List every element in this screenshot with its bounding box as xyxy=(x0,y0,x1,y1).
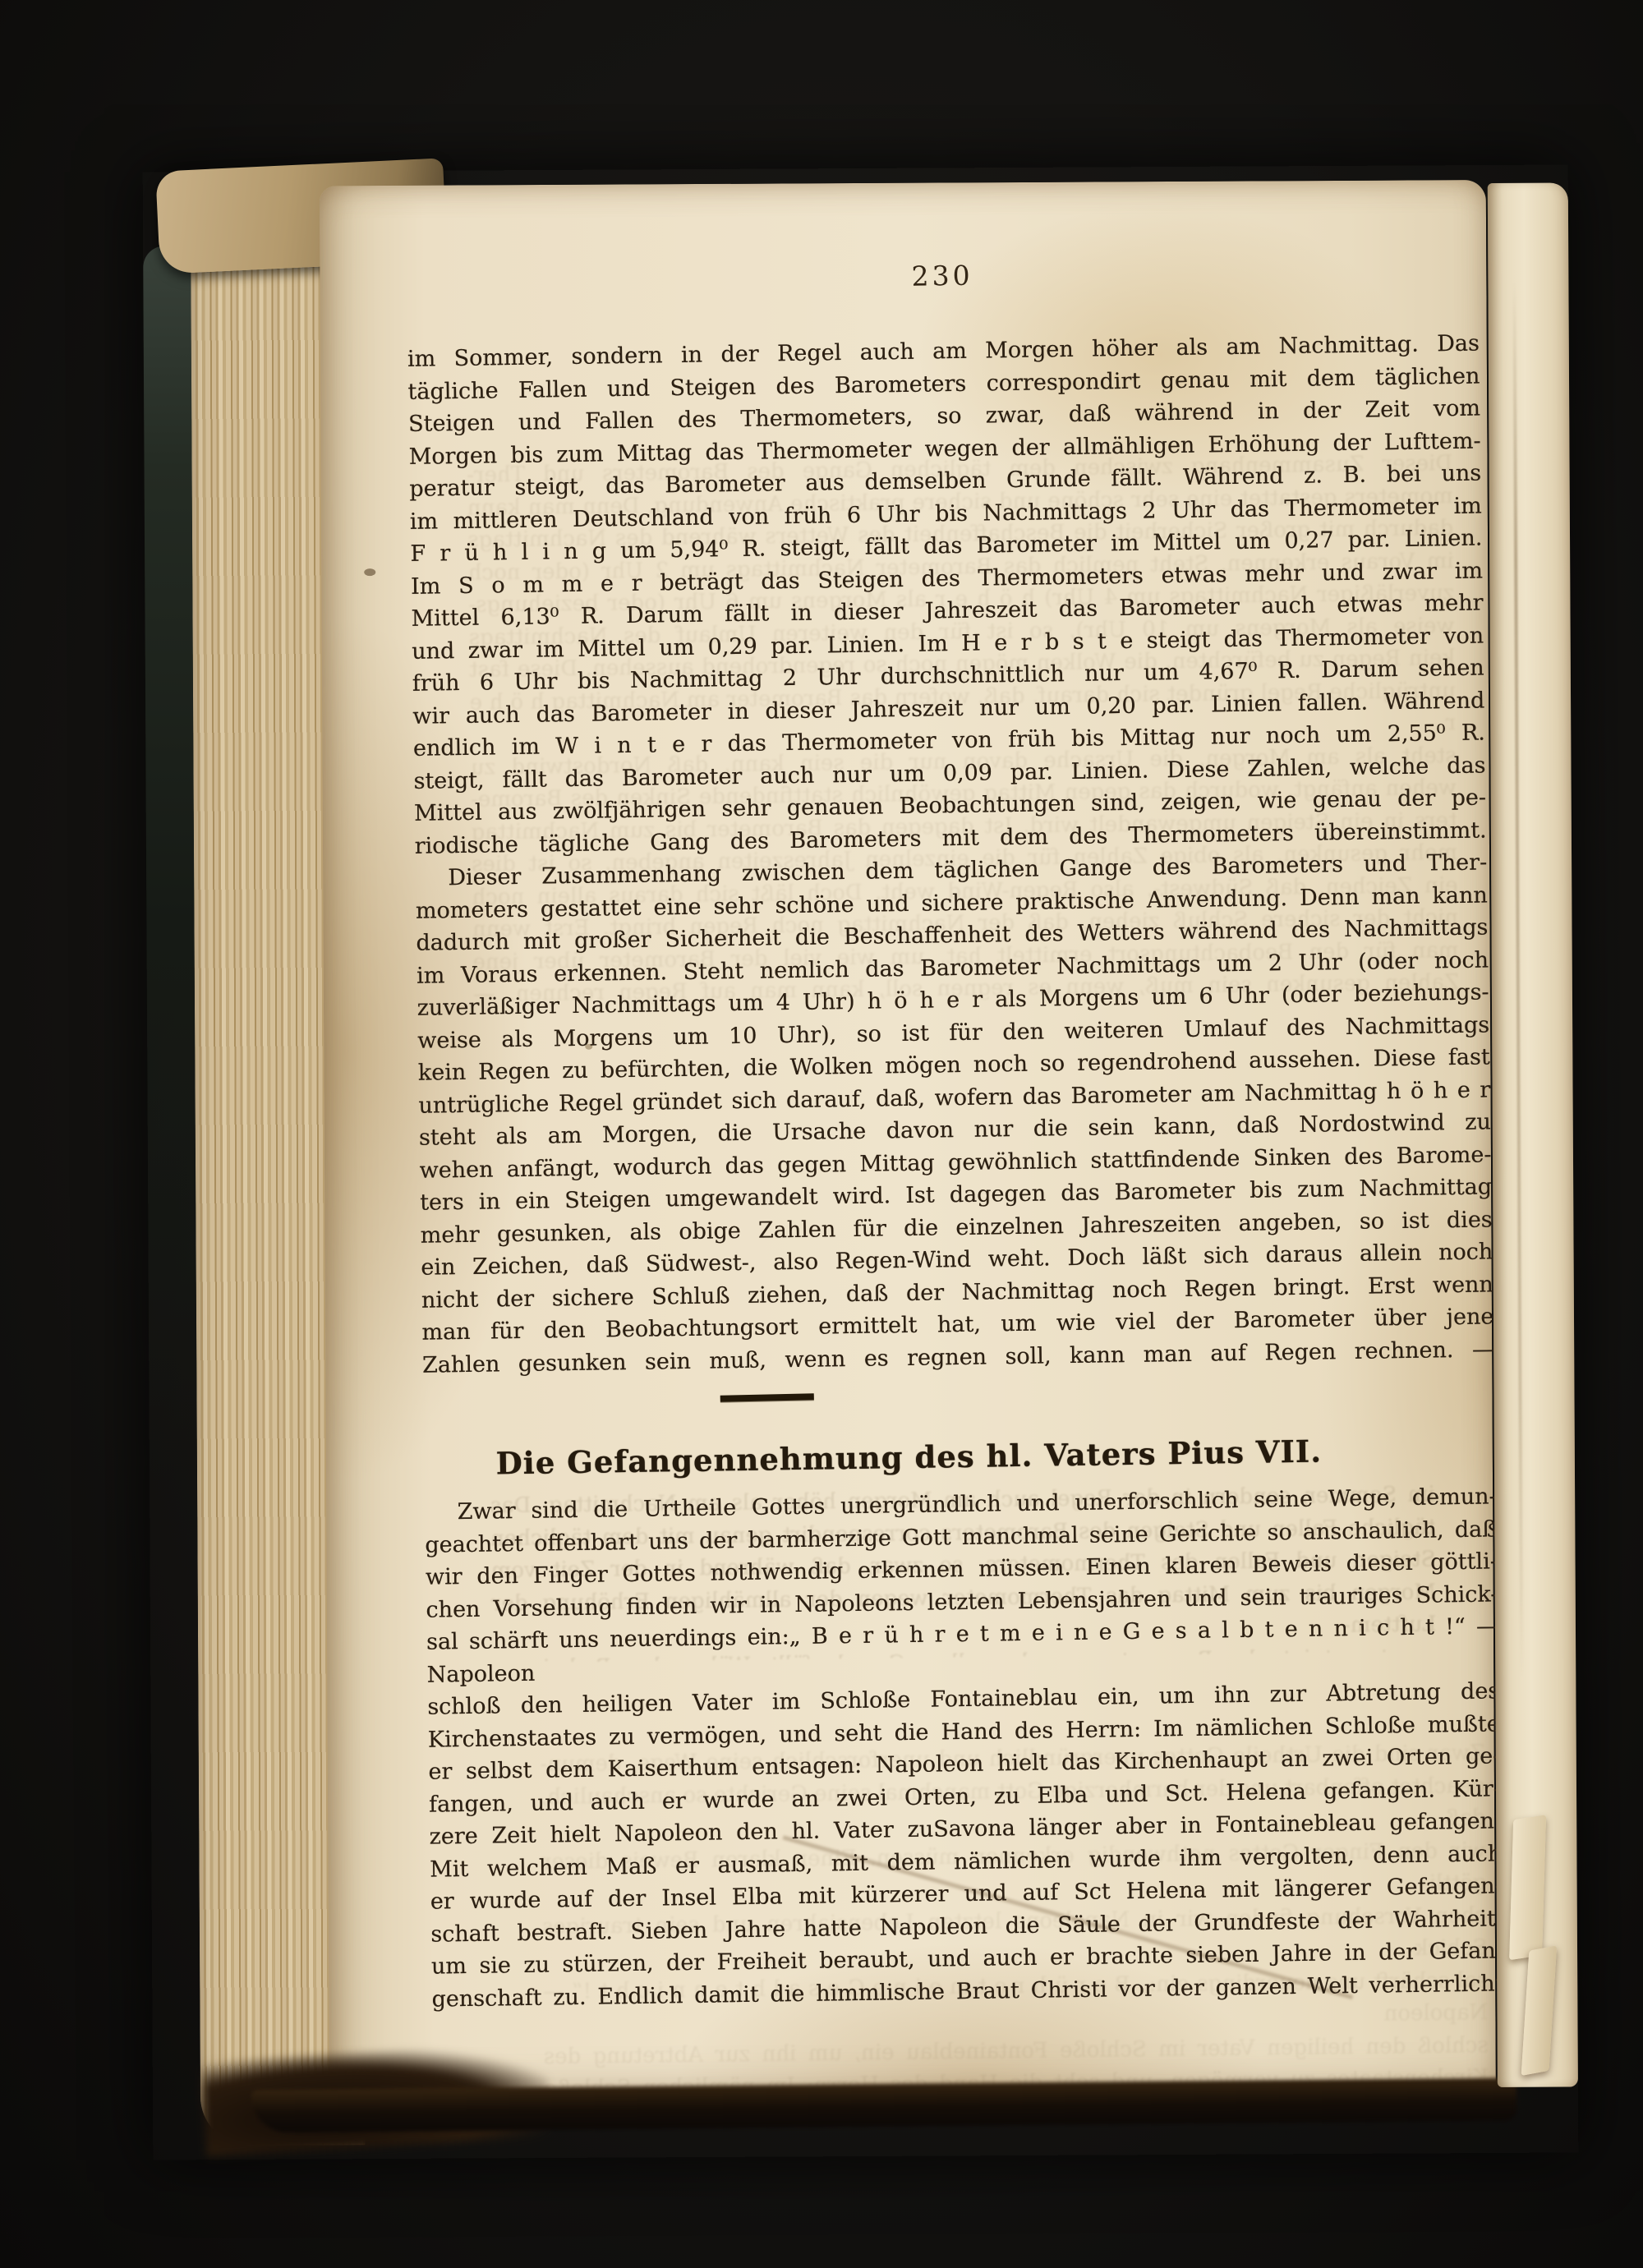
page-number: 230 xyxy=(406,252,1478,301)
torn-paper-tab xyxy=(1509,1815,1546,1960)
barometer-paragraph-2: Dieser Zusammenhang zwischen dem täglich… xyxy=(415,846,1494,1381)
torn-paper-tab xyxy=(1521,1945,1558,2076)
book-page: Dieser Zusammenhang zwischen dem täglich… xyxy=(320,180,1496,2108)
scanned-book-photo: Dieser Zusammenhang zwischen dem täglich… xyxy=(0,0,1643,2268)
book: Dieser Zusammenhang zwischen dem täglich… xyxy=(143,164,1579,2160)
right-strip-crease xyxy=(1512,282,1523,1678)
section-divider-rule xyxy=(720,1393,814,1401)
pius-paragraph: Zwar sind die Urtheile Gottes unergründl… xyxy=(425,1480,1504,2015)
barometer-paragraph-1: im Sommer, sondern in der Regel auch am … xyxy=(407,328,1487,863)
article-heading: Die Gefangennehmung des hl. Vaters Pius … xyxy=(373,1428,1446,1485)
page-edge-right-strip xyxy=(1488,182,1578,2086)
ink-speck xyxy=(364,568,375,576)
text-block: 230 im Sommer, sondern in der Regel auch… xyxy=(406,252,1503,2016)
